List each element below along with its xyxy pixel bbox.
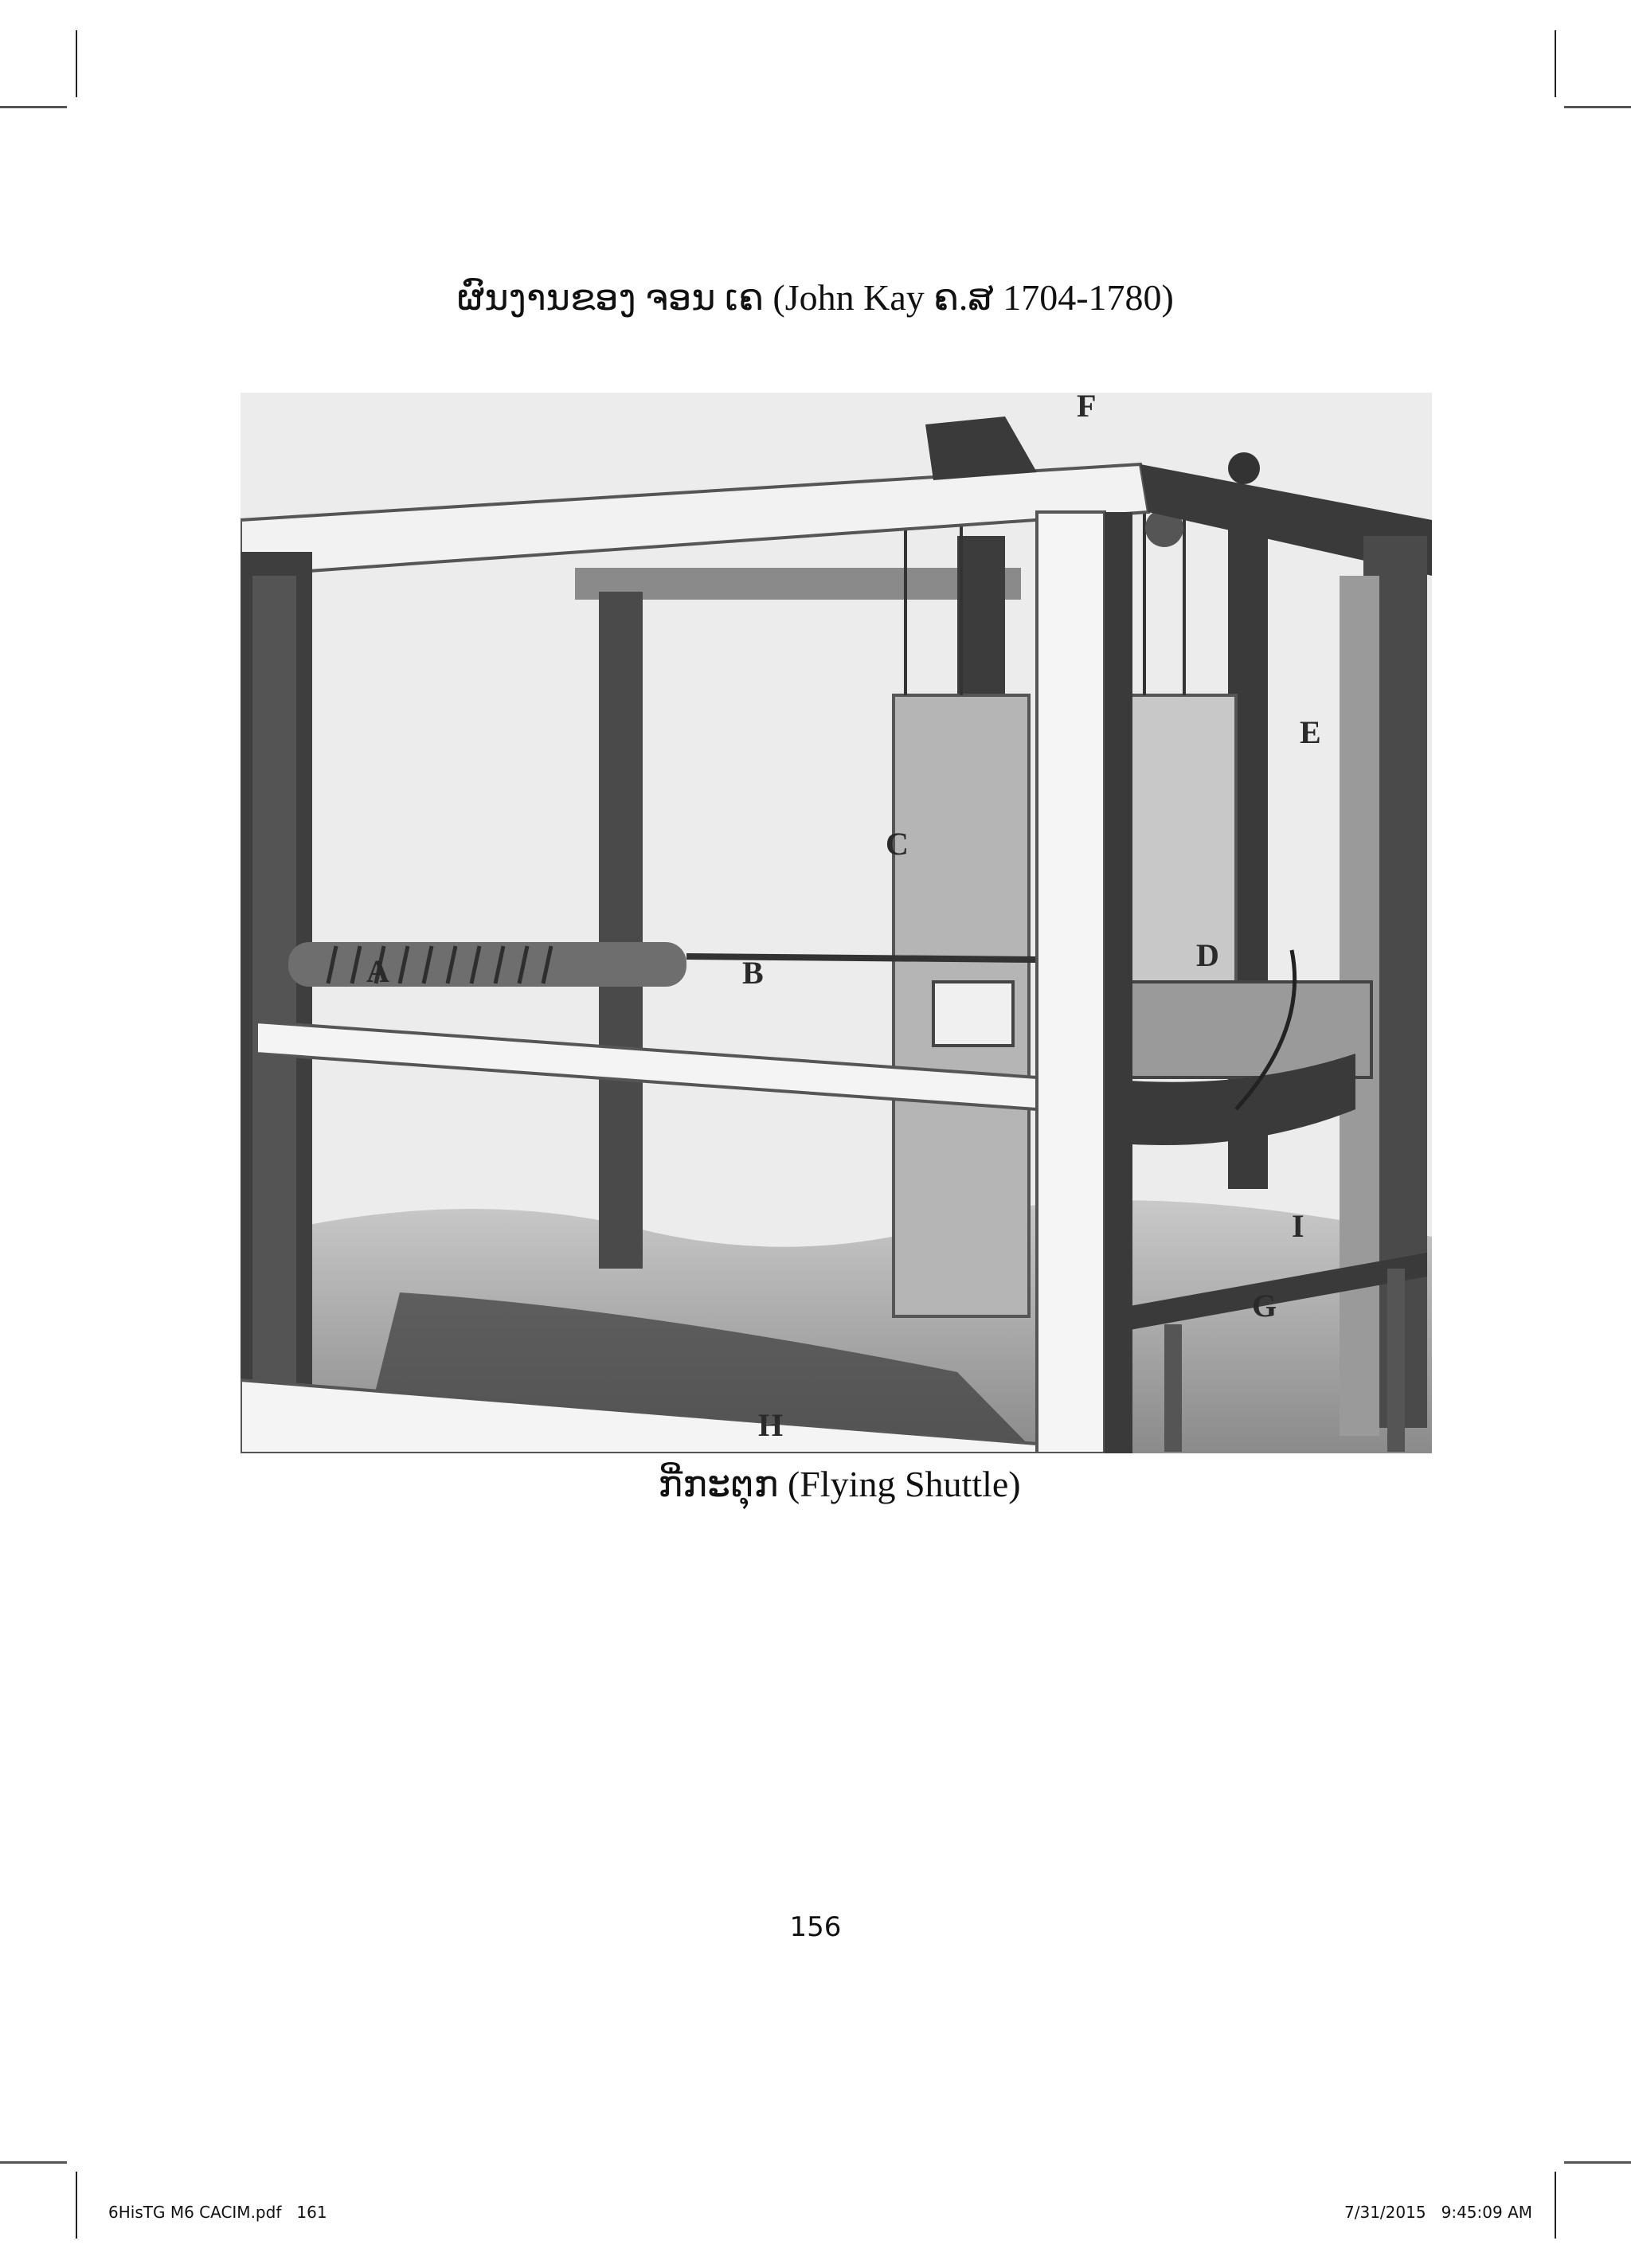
- label-c: C: [886, 826, 909, 862]
- label-a: A: [366, 953, 389, 989]
- label-b: B: [742, 955, 764, 991]
- loom-drawing: A B C D E F G H I: [241, 393, 1432, 1453]
- flying-shuttle-illustration: A B C D E F G H I: [241, 393, 1432, 1453]
- label-g: G: [1252, 1288, 1277, 1324]
- print-slug-file-info: 6HisTG M6 CACIM.pdf 161: [108, 2203, 327, 2222]
- page-number: 156: [0, 1911, 1631, 1943]
- page-title: ຜົນງານຂອງ ຈອນ ເຄ (John Kay ຄ.ສ 1704-1780…: [0, 274, 1631, 322]
- label-i: I: [1292, 1208, 1304, 1244]
- print-slug-timestamp: 7/31/2015 9:45:09 AM: [1344, 2203, 1532, 2222]
- label-f: F: [1077, 393, 1096, 424]
- crop-mark-bottom-right-vertical: [1555, 2172, 1556, 2239]
- crop-mark-top-left-horizontal: [0, 106, 67, 108]
- label-e: E: [1300, 714, 1321, 750]
- figure-caption: ກີ່ກະຕຸກ (Flying Shuttle): [0, 1461, 1631, 1508]
- crop-mark-top-right-horizontal: [1564, 106, 1631, 108]
- label-h: H: [758, 1407, 783, 1443]
- crop-mark-bottom-right-horizontal: [1564, 2161, 1631, 2164]
- label-d: D: [1196, 937, 1219, 973]
- crop-mark-bottom-left-vertical: [76, 2172, 77, 2239]
- crop-mark-top-left-vertical: [76, 30, 77, 97]
- crop-mark-bottom-left-horizontal: [0, 2161, 67, 2164]
- crop-mark-top-right-vertical: [1555, 30, 1556, 97]
